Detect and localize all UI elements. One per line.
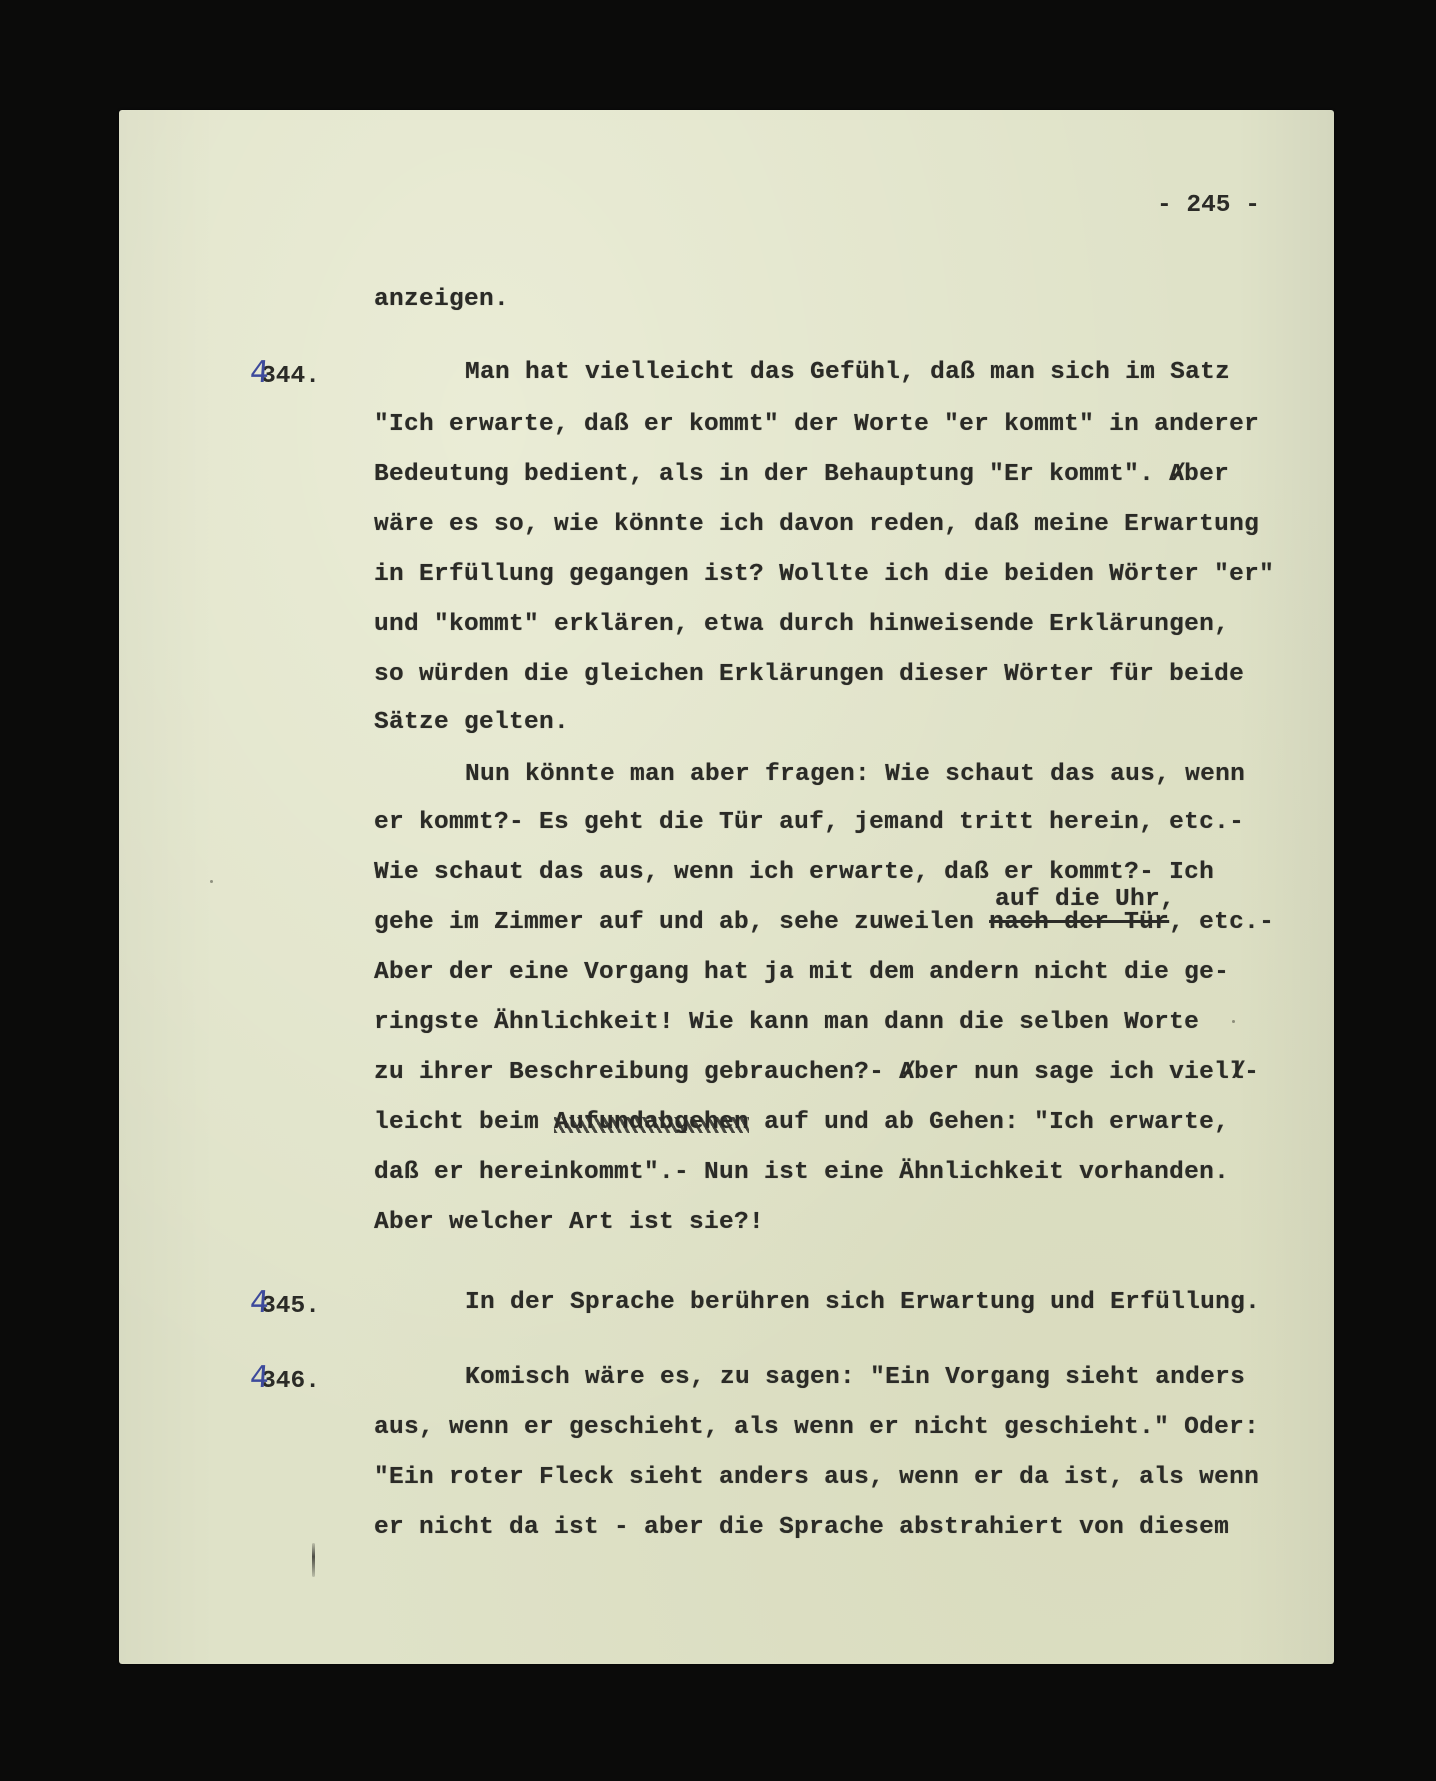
pencil-mark (312, 1543, 315, 1577)
text-line: Bedeutung bedient, als in der Behauptung… (374, 461, 1229, 489)
text-line: und "kommt" erklären, etwa durch hinweis… (374, 611, 1229, 639)
text-segment: Bedeutung bedient, als in der Behauptung… (374, 461, 1169, 488)
text-line: Wie schaut das aus, wenn ich erwarte, da… (374, 859, 1214, 887)
text-line: zu ihrer Beschreibung gebrauchen?- Aber … (374, 1059, 1259, 1087)
overstruck-letter: l (1229, 1059, 1244, 1087)
text-segment: gehe im Zimmer auf und ab, sehe zuweilen (374, 909, 989, 936)
text-line: ringste Ähnlichkeit! Wie kann man dann d… (374, 1009, 1199, 1037)
text-line: so würden die gleichen Erklärungen diese… (374, 661, 1244, 689)
overstruck-word: Aber (1169, 461, 1229, 489)
text-line: Aber welcher Art ist sie?! (374, 1209, 764, 1237)
text-line: Sätze gelten. (374, 709, 569, 737)
text-segment: - (1244, 1059, 1259, 1086)
text-line: "Ich erwarte, daß er kommt" der Worte "e… (374, 411, 1259, 439)
handwritten-digit: 4 (249, 1289, 270, 1317)
text-line: Komisch wäre es, zu sagen: "Ein Vorgang … (465, 1364, 1245, 1392)
text-line: In der Sprache berühren sich Erwartung u… (465, 1289, 1260, 1317)
overstruck-word: Aber (899, 1059, 959, 1087)
text-line: leicht beim Aufundabgehen auf und ab Geh… (374, 1109, 1229, 1137)
text-segment: nun sage ich viel (959, 1059, 1229, 1086)
section-number-4345: 4345. (250, 1289, 320, 1321)
text-line: er nicht da ist - aber die Sprache abstr… (374, 1514, 1229, 1542)
text-segment: auf und ab Gehen: "Ich erwarte, (749, 1109, 1229, 1136)
section-number-4344: 4344. (250, 359, 320, 391)
text-segment: , etc.- (1169, 909, 1274, 936)
typed-number: 346. (261, 1368, 320, 1395)
typed-number: 345. (261, 1293, 320, 1320)
text-line: in Erfüllung gegangen ist? Wollte ich di… (374, 561, 1274, 589)
text-line: Nun könnte man aber fragen: Wie schaut d… (465, 761, 1245, 789)
text-line: gehe im Zimmer auf und ab, sehe zuweilen… (374, 909, 1274, 937)
text-line: Man hat vielleicht das Gefühl, daß man s… (465, 359, 1230, 387)
text-line: wäre es so, wie könnte ich davon reden, … (374, 511, 1259, 539)
text-line: daß er hereinkommt".- Nun ist eine Ähnli… (374, 1159, 1229, 1187)
text-line: "Ein roter Fleck sieht anders aus, wenn … (374, 1464, 1259, 1492)
page-number: - 245 - (1157, 192, 1260, 219)
xed-out-word: Aufundabgehen (554, 1109, 749, 1137)
text-segment: zu ihrer Beschreibung gebrauchen?- (374, 1059, 899, 1086)
text-line: er kommt?- Es geht die Tür auf, jemand t… (374, 809, 1244, 837)
section-number-4346: 4346. (250, 1364, 320, 1396)
paper-speck (1232, 1020, 1235, 1023)
text-segment: leicht beim (374, 1109, 554, 1136)
text-line: anzeigen. (374, 286, 509, 314)
struck-text: nach der Tür (989, 909, 1169, 936)
handwritten-digit: 4 (249, 1364, 270, 1392)
typed-number: 344. (261, 363, 320, 390)
paper-speck (210, 880, 213, 883)
text-line: aus, wenn er geschieht, als wenn er nich… (374, 1414, 1259, 1442)
text-line: Aber der eine Vorgang hat ja mit dem and… (374, 959, 1229, 987)
handwritten-digit: 4 (249, 359, 270, 387)
